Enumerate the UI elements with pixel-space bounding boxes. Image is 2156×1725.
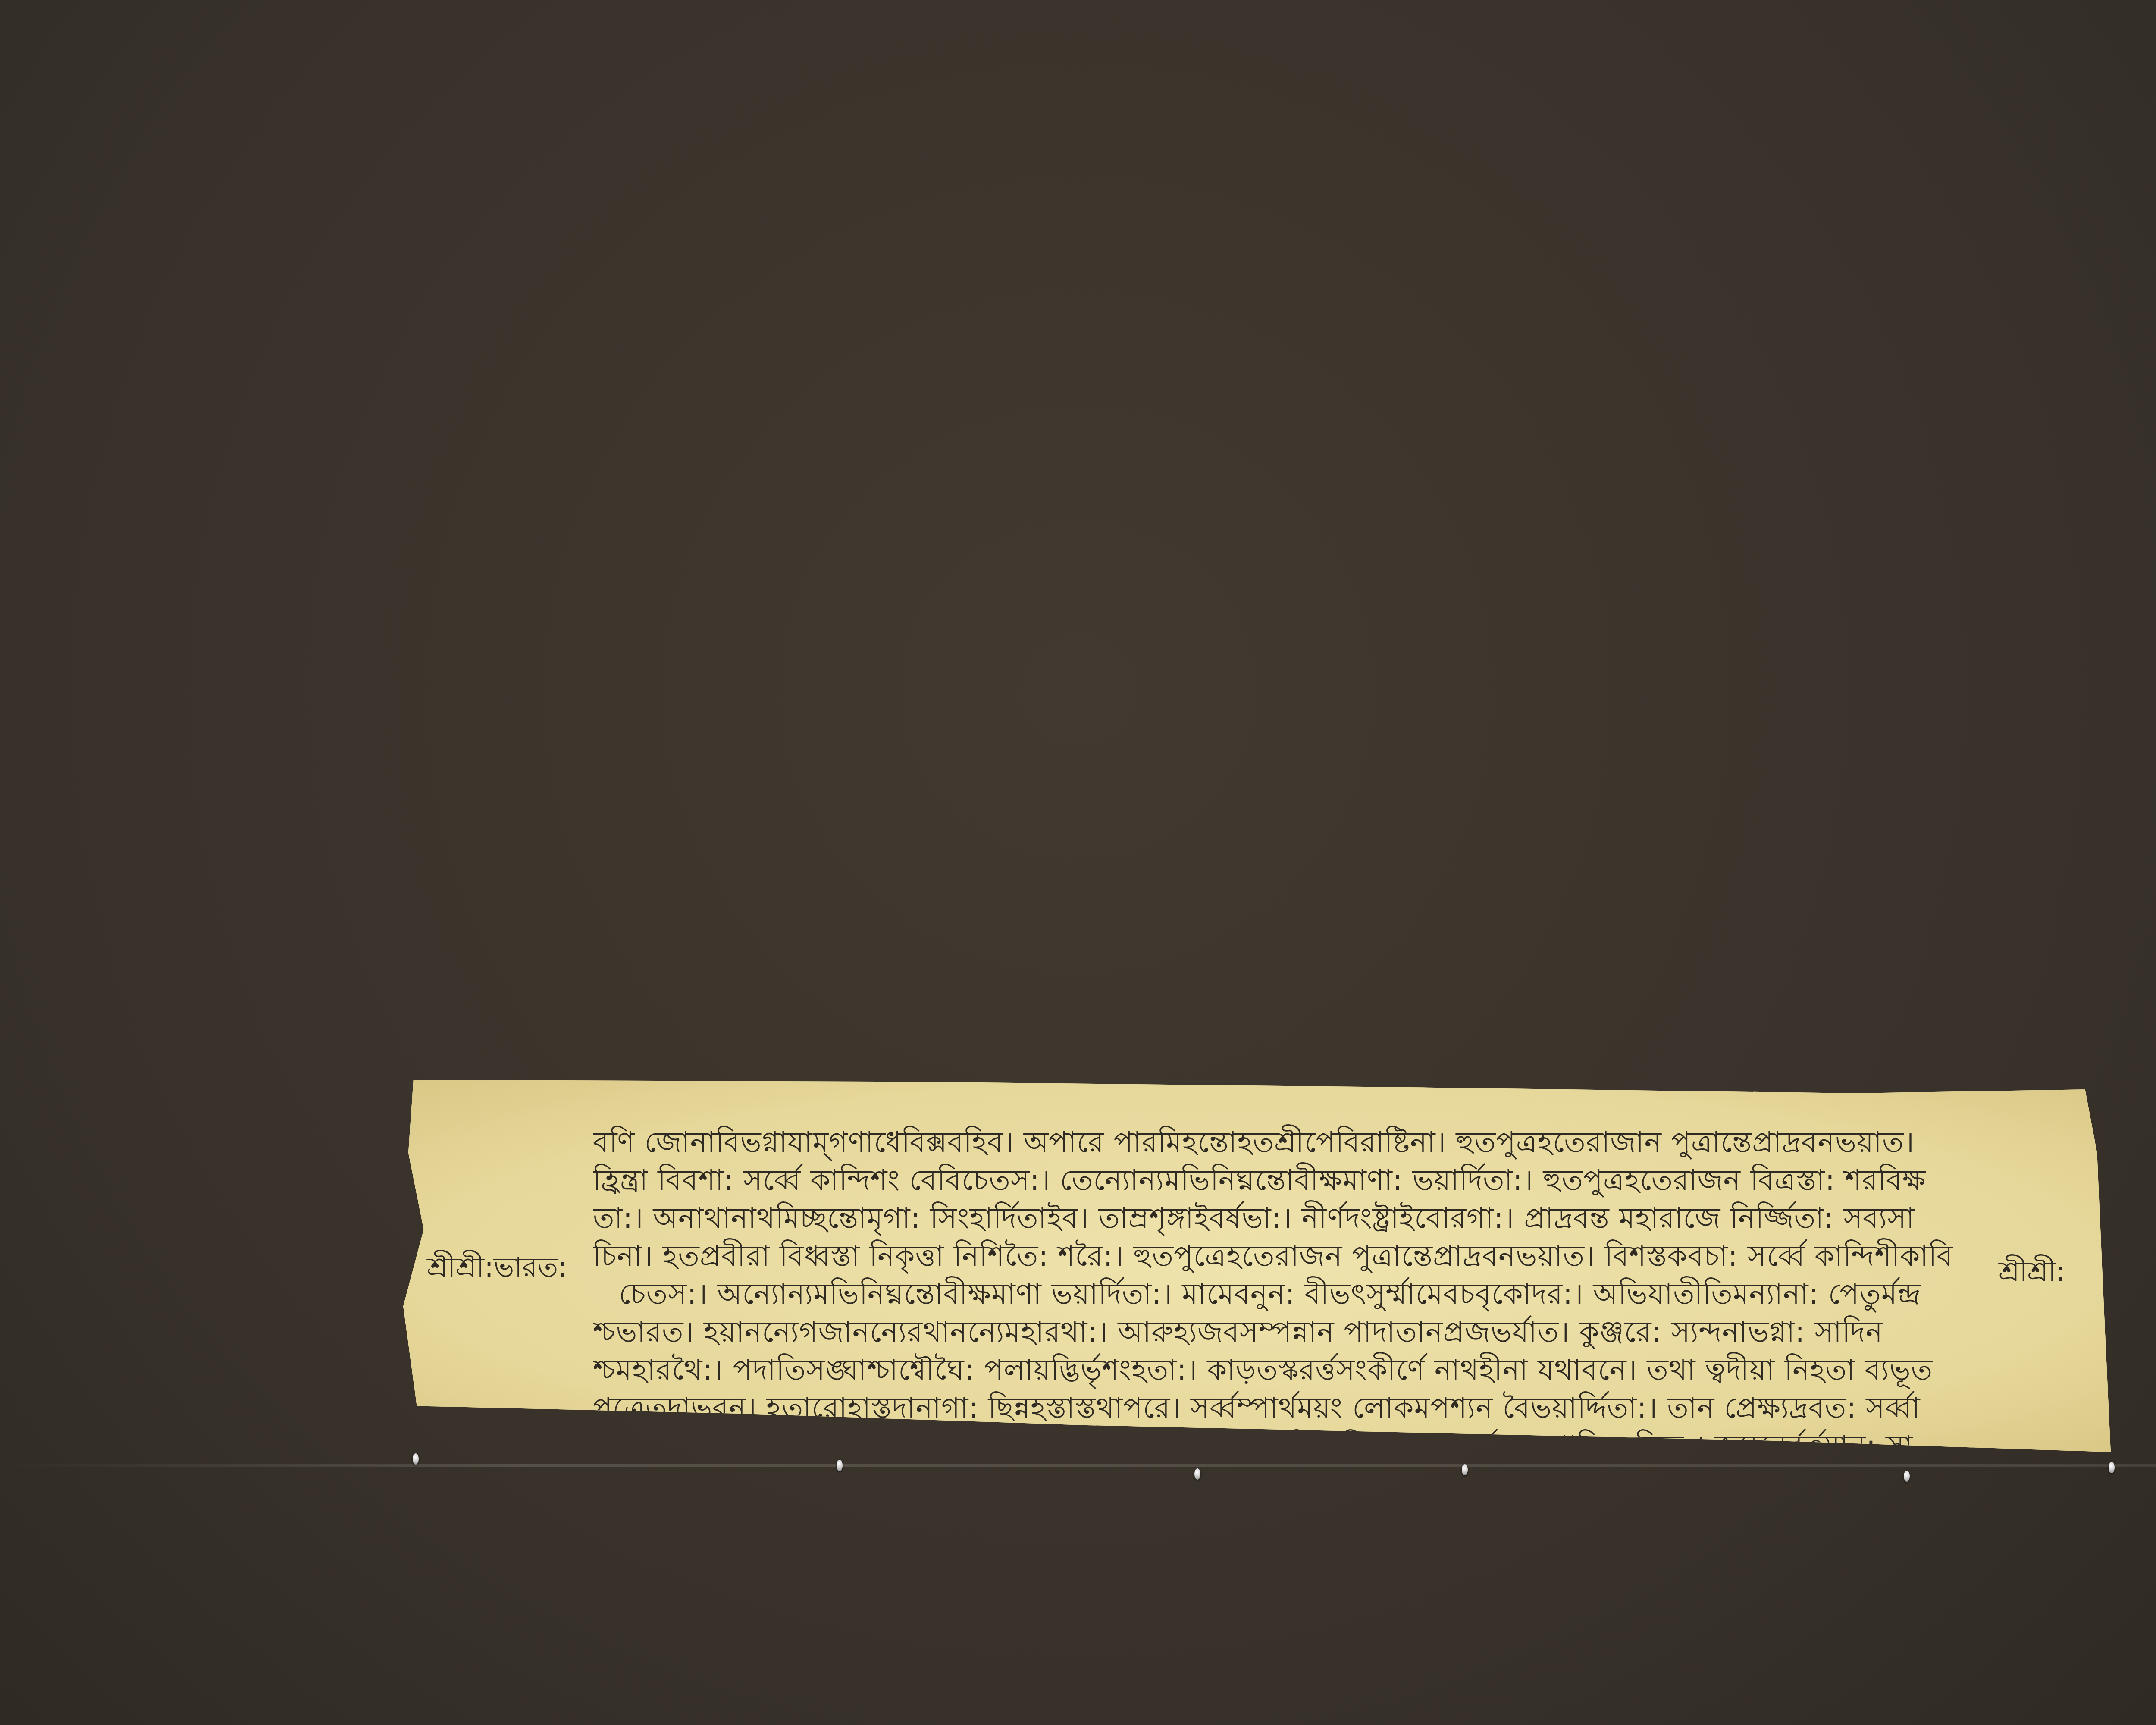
margin-title-left: শ্রীশ্রী:ভারত:: [427, 1246, 567, 1292]
manuscript-folio: শ্রীশ্রী:ভারত: বণি জোনাবিভগ্নাযাম্‌গণাধে…: [403, 1076, 2111, 1460]
margin-title-right: শ্রীশ্রী:: [1999, 1251, 2065, 1297]
pin-icon: [1462, 1464, 1468, 1475]
pin-icon: [2109, 1462, 2115, 1473]
manuscript-text-block: বণি জোনাবিভগ্নাযাম্‌গণাধেবিক্সবহিব। অপার…: [593, 1123, 2068, 1465]
text-line: চিনা। হতপ্রবীরা বিধ্বস্তা নিকৃত্তা নিশিত…: [593, 1237, 2068, 1275]
text-line: চেতস:। অন্যোন্যমভিনিঘ্নন্তোবীক্ষমাণা ভয়…: [619, 1275, 2068, 1313]
text-line: ন্‌ভীমসেনভয়ার্দিতান। দুর্য্যোধনমথস্বস্থ…: [593, 1427, 2068, 1465]
pin-icon: [837, 1460, 843, 1471]
text-line: তা:। অনাথানাথমিচ্ছন্তোমৃগা: সিংহার্দিতাই…: [593, 1199, 2068, 1237]
pin-icon: [413, 1453, 419, 1465]
text-line: হ্রিন্ত্রা বিবশা: সর্ব্বে কান্দিশং বেবিচ…: [593, 1161, 2068, 1199]
board-edge-line: [0, 1464, 2156, 1467]
pin-icon: [1194, 1468, 1200, 1480]
pin-icon: [1904, 1471, 1910, 1482]
text-line: বণি জোনাবিভগ্নাযাম্‌গণাধেবিক্সবহিব। অপার…: [593, 1123, 2068, 1161]
text-line: শ্চভারত। হয়ানন্যেগজানন্যেরথানন্যেমহারথা…: [593, 1313, 2068, 1351]
text-line: শ্চমহারথৈ:। পদাতিসঙ্ঘাশ্চাশ্বৌঘৈ: পলায়দ…: [593, 1351, 2068, 1389]
text-line: পুত্রেতদাভবন। হতারোহাস্তদানাগা: ছিন্নহস্…: [593, 1389, 2068, 1427]
